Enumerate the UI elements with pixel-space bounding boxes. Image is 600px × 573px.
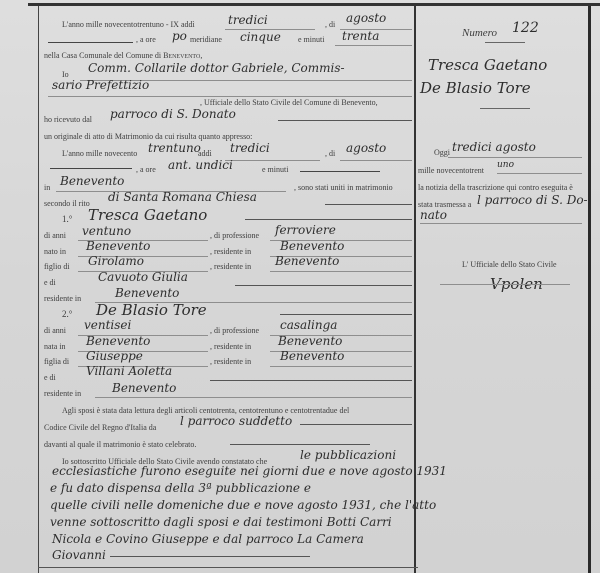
bride-index: 2.°: [62, 309, 72, 319]
year-label-right: mille novecentotrent: [418, 166, 484, 175]
ore-label-2: , a ore: [136, 165, 156, 174]
notes-line-1: ecclesiastiche furono eseguite nei giorn…: [52, 464, 447, 478]
document-page: L'anno mille novecentotrentuno - IX addì…: [0, 0, 600, 573]
groom-res-label: , residente in: [210, 247, 251, 256]
rule: [245, 219, 412, 220]
groom-prof-label: , di professione: [210, 231, 259, 240]
groom-birthplace: Benevento: [86, 239, 150, 253]
blank-dash: [50, 168, 132, 169]
rule: [325, 204, 412, 205]
codice-civile-clause: Codice Civile del Regno d'Italia da: [44, 423, 156, 432]
groom-residence: Benevento: [280, 239, 344, 253]
ricevuto-label: ho ricevuto dal: [44, 115, 92, 124]
anno-label: L'anno mille novecento: [62, 149, 137, 158]
bottom-rule: [38, 567, 418, 568]
received-from: parroco di S. Donato: [110, 107, 236, 121]
rule: [335, 45, 412, 46]
year-clause: L'anno mille novecentotrentuno - IX addì: [62, 20, 195, 29]
groom-mother-res-label: residente in: [44, 294, 81, 303]
addi-label: addì: [198, 149, 212, 158]
trasmessa-value-2: nato: [420, 208, 447, 222]
bride-res-label: , residente in: [210, 342, 251, 351]
rule: [300, 424, 412, 425]
minuti-label-2: e minuti: [262, 165, 288, 174]
bride-born-label: nata in: [44, 342, 66, 351]
uniti-clause: , sono stati uniti in matrimonio: [294, 183, 393, 192]
groom-mother-label: e di: [44, 278, 56, 287]
meridiane-label: meridiane: [190, 35, 222, 44]
bride-prof-label: , di professione: [210, 326, 259, 335]
day-value: tredici: [228, 13, 268, 27]
rule: [440, 284, 570, 285]
groom-father-label: figlio di: [44, 262, 70, 271]
rule: [485, 42, 525, 43]
pubblicazioni-hand: le pubblicazioni: [300, 448, 396, 462]
officer-title-hand: sario Prefettizio: [52, 78, 149, 92]
di-label-2: , di: [325, 149, 335, 158]
bride-residence: Benevento: [278, 334, 342, 348]
trasmessa-value: l parroco di S. Do-: [477, 193, 588, 207]
notes-line-5: Nicola e Covino Giuseppe e dal parroco L…: [52, 532, 364, 546]
blank-dash: [48, 42, 133, 43]
rule: [270, 271, 412, 272]
notes-line-2: e fu dato dispensa della 3ª pubblicazion…: [50, 481, 311, 495]
spouse2-summary: De Blasio Tore: [420, 79, 531, 97]
bride-name: De Blasio Tore: [96, 301, 207, 319]
place-value: Benevento: [60, 174, 124, 188]
rule: [210, 380, 412, 381]
bride-mother-res-label: residente in: [44, 389, 81, 398]
hour-value: cinque: [240, 30, 281, 44]
groom-father: Girolamo: [88, 254, 144, 268]
oggi-value: tredici agosto: [452, 140, 536, 154]
celebrant-value: l parroco suddetto: [180, 414, 292, 428]
bride-father-residence: Benevento: [280, 349, 344, 363]
rule: [278, 120, 412, 121]
bride-father-label: figlia di: [44, 357, 69, 366]
notes-line-3: quelle civili nelle domeniche due e nove…: [50, 498, 436, 512]
hour-value-2: ant. undici: [168, 158, 233, 172]
bride-birthplace: Benevento: [86, 334, 150, 348]
year-value: trentuno: [148, 141, 201, 155]
officer-title: L' Ufficiale dello Stato Civile: [462, 260, 557, 269]
in-label: in: [44, 183, 50, 192]
day-value-2: tredici: [230, 141, 270, 155]
city: Benevento: [163, 51, 200, 60]
notes-line-6: Giovanni: [52, 548, 106, 562]
di-label: , di: [325, 20, 335, 29]
rule: [110, 556, 310, 557]
groom-mother-residence: Benevento: [115, 286, 179, 300]
left-margin-rule: [38, 6, 39, 573]
ufficiale-clause: , Ufficiale dello Stato Civile del Comun…: [200, 98, 378, 107]
numero-value: 122: [512, 20, 539, 36]
minutes-value: trenta: [342, 29, 379, 43]
rule: [225, 160, 320, 161]
bride-mother: Villani Aoletta: [86, 364, 172, 378]
right-border: [588, 6, 591, 573]
bride-mother-residence: Benevento: [112, 381, 176, 395]
casa-comunale-text: nella Casa Comunale del Comune di: [44, 51, 161, 60]
bride-age-label: di anni: [44, 326, 66, 335]
top-border: [28, 3, 600, 6]
month-value-2: agosto: [346, 141, 386, 155]
rule: [497, 173, 582, 174]
bride-mother-label: e di: [44, 373, 56, 382]
ore-label: , a ore: [136, 35, 156, 44]
groom-profession: ferroviere: [275, 223, 336, 237]
bride-father: Giuseppe: [86, 349, 143, 363]
groom-mother: Cavuoto Giulia: [98, 270, 188, 284]
groom-born-label: nato in: [44, 247, 66, 256]
rule: [230, 444, 370, 445]
rule: [270, 366, 412, 367]
officer-name: Comm. Collarile dottor Gabriele, Commis-: [88, 61, 345, 75]
rule: [48, 96, 412, 97]
pm-value: po: [172, 29, 187, 43]
minuti-label: e minuti: [298, 35, 324, 44]
bride-profession: casalinga: [280, 318, 337, 332]
oggi-label: Oggi: [434, 148, 450, 157]
groom-father-residence: Benevento: [275, 254, 339, 268]
rule: [235, 285, 412, 286]
casa-comunale: nella Casa Comunale del Comune di Beneve…: [44, 51, 202, 60]
groom-name: Tresca Gaetano: [88, 206, 207, 224]
rito-label: secondo il rito: [44, 199, 90, 208]
blank-dash: [300, 171, 380, 172]
bride-father-res-label: , residente in: [210, 357, 251, 366]
rule: [280, 314, 412, 315]
rule: [420, 223, 582, 224]
year-value-right: uno: [497, 160, 514, 170]
spouse1-summary: Tresca Gaetano: [428, 56, 547, 74]
rule: [480, 108, 530, 109]
month-value: agosto: [346, 11, 386, 25]
groom-age: ventuno: [82, 224, 131, 238]
bride-age: ventisei: [84, 318, 131, 332]
rule: [448, 157, 582, 158]
rule: [340, 160, 412, 161]
groom-father-res-label: , residente in: [210, 262, 251, 271]
groom-age-label: di anni: [44, 231, 66, 240]
rule: [95, 397, 412, 398]
numero-label: Numero: [462, 27, 497, 39]
celebrato-clause: davanti al quale il matrimonio è stato c…: [44, 440, 196, 449]
column-divider: [414, 6, 416, 573]
originale-clause: un originale di atto di Matrimonio da cu…: [44, 132, 252, 141]
groom-index: 1.°: [62, 214, 72, 224]
rite-value: di Santa Romana Chiesa: [108, 190, 257, 204]
notizia-clause: la notizia della trascrizione qui contro…: [418, 183, 573, 192]
notes-line-4: venne sottoscritto dagli sposi e dai tes…: [50, 515, 392, 529]
